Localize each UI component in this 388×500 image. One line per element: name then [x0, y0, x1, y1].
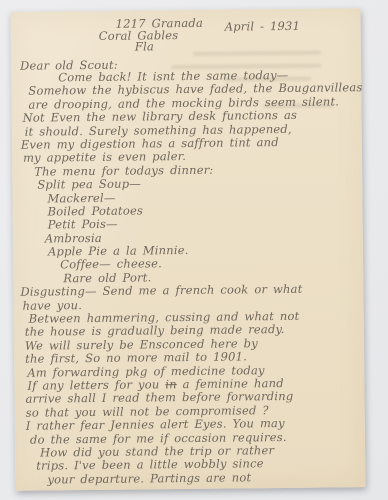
struck-word: in: [165, 377, 177, 391]
letter-body: Come back! It isnt the same today—Someho…: [11, 68, 365, 487]
bleed-through-smudge: [193, 51, 321, 56]
letter-paper: 1217 Granada Coral Gables Fla April - 19…: [11, 8, 366, 491]
letter-line: your departure. Partings are not: [15, 470, 365, 487]
sender-address-line-3: Fla: [135, 39, 154, 53]
letter-date: April - 1931: [225, 19, 301, 34]
